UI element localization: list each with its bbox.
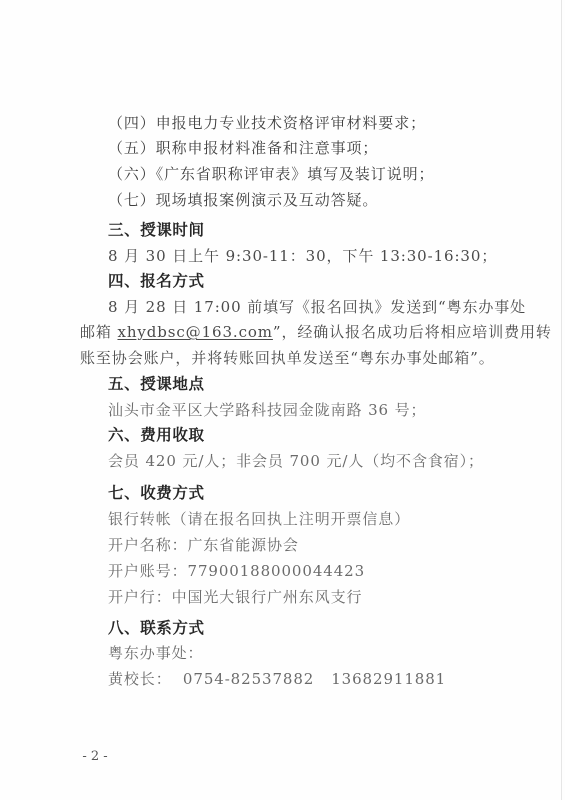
fees-text: 会员 420 元/人；非会员 700 元/人（均不含食宿）； <box>108 448 496 474</box>
registration-line-1: 8 月 28 日 17:00 前填写《报名回执》发送到“粤东办事处 <box>108 294 496 320</box>
payment-method: 银行转帐（请在报名回执上注明开票信息） <box>108 506 496 532</box>
agenda-item-5: （五）职称申报材料准备和注意事项； <box>108 135 496 161</box>
email-link[interactable]: xhydbsc@163.com <box>117 323 272 341</box>
heading-contact: 八、联系方式 <box>108 615 524 641</box>
scan-edge-line <box>561 0 562 800</box>
heading-schedule: 三、授课时间 <box>108 217 524 243</box>
registration-line-2-suffix: ”，经确认报名成功后将相应培训费用转 <box>273 323 552 341</box>
registration-line-2-prefix: 邮箱 <box>80 323 117 341</box>
venue-text: 汕头市金平区大学路科技园金陇南路 36 号； <box>108 397 496 423</box>
schedule-text: 8 月 30 日上午 9:30-11：30，下午 13:30-16:30； <box>108 243 496 269</box>
registration-line-2: 邮箱 xhydbsc@163.com”，经确认报名成功后将相应培训费用转 <box>80 319 496 345</box>
contact-office: 粤东办事处： <box>108 640 496 666</box>
contact-person: 黄校长： 0754-82537882 13682911881 <box>108 666 496 692</box>
payment-bank: 开户行：中国光大银行广州东风支行 <box>108 584 496 610</box>
agenda-item-6: （六）《广东省职称评审表》填写及装订说明； <box>108 161 496 187</box>
heading-venue: 五、授课地点 <box>108 371 524 397</box>
page-number: - 2 - <box>75 748 115 766</box>
heading-registration: 四、报名方式 <box>108 268 524 294</box>
document-page: （四）申报电力专业技术资格评审材料要求； （五）职称申报材料准备和注意事项； （… <box>0 0 565 800</box>
agenda-item-7: （七）现场填报案例演示及互动答疑。 <box>108 187 496 213</box>
payment-account-name: 开户名称：广东省能源协会 <box>108 532 496 558</box>
heading-payment: 七、收费方式 <box>108 480 524 506</box>
registration-line-3: 账至协会账户，并将转账回执单发送至“粤东办事处邮箱”。 <box>80 345 496 371</box>
agenda-item-4: （四）申报电力专业技术资格评审材料要求； <box>108 110 496 136</box>
heading-fees: 六、费用收取 <box>108 422 524 448</box>
payment-account-number: 开户账号：77900188000044423 <box>108 558 496 584</box>
